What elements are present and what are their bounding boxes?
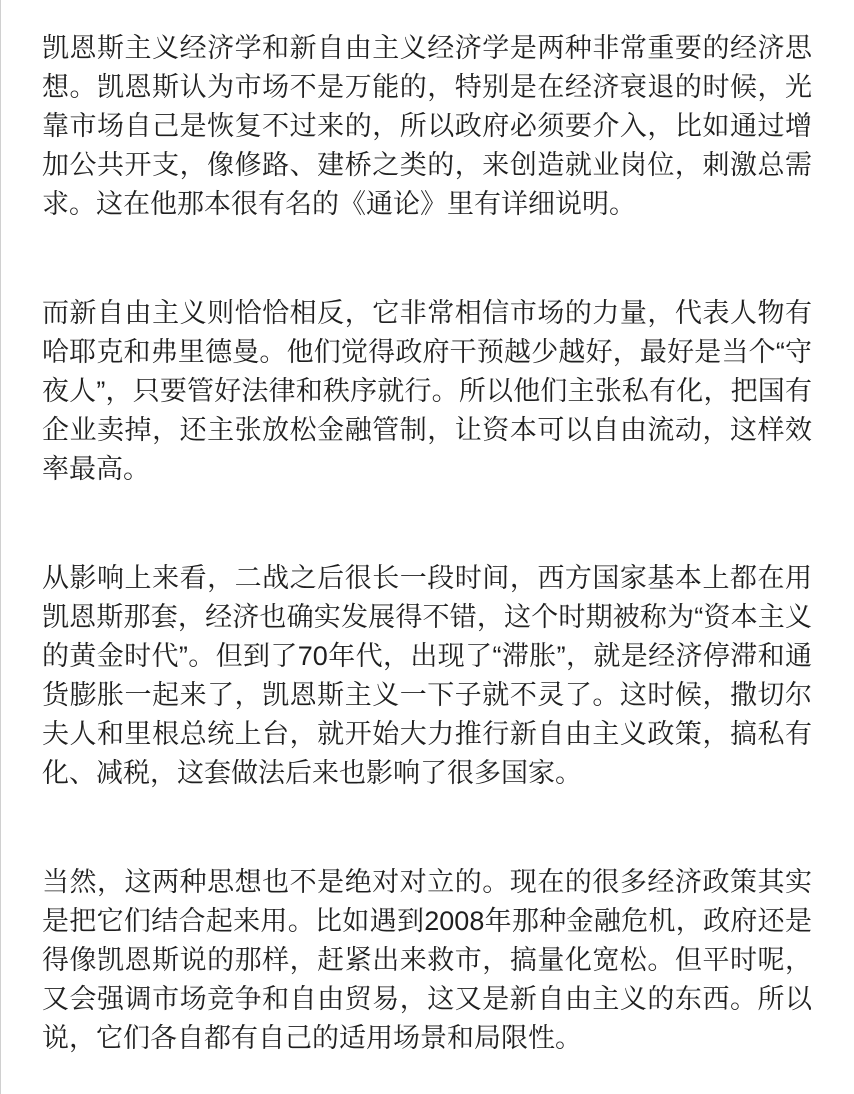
paragraph: 而新自由主义则恰恰相反，它非常相信市场的力量，代表人物有哈耶克和弗里德曼。他们觉… <box>42 294 812 489</box>
paragraph: 凯恩斯主义经济学和新自由主义经济学是两种非常重要的经济思想。凯恩斯认为市场不是万… <box>42 29 812 224</box>
left-edge-divider <box>0 0 1 1094</box>
paragraph: 当然，这两种思想也不是绝对对立的。现在的很多经济政策其实是把它们结合起来用。比如… <box>42 863 812 1058</box>
paragraph: 从影响上来看，二战之后很长一段时间，西方国家基本上都在用凯恩斯那套，经济也确实发… <box>42 559 812 793</box>
article-text: 凯恩斯主义经济学和新自由主义经济学是两种非常重要的经济思想。凯恩斯认为市场不是万… <box>0 0 854 1058</box>
